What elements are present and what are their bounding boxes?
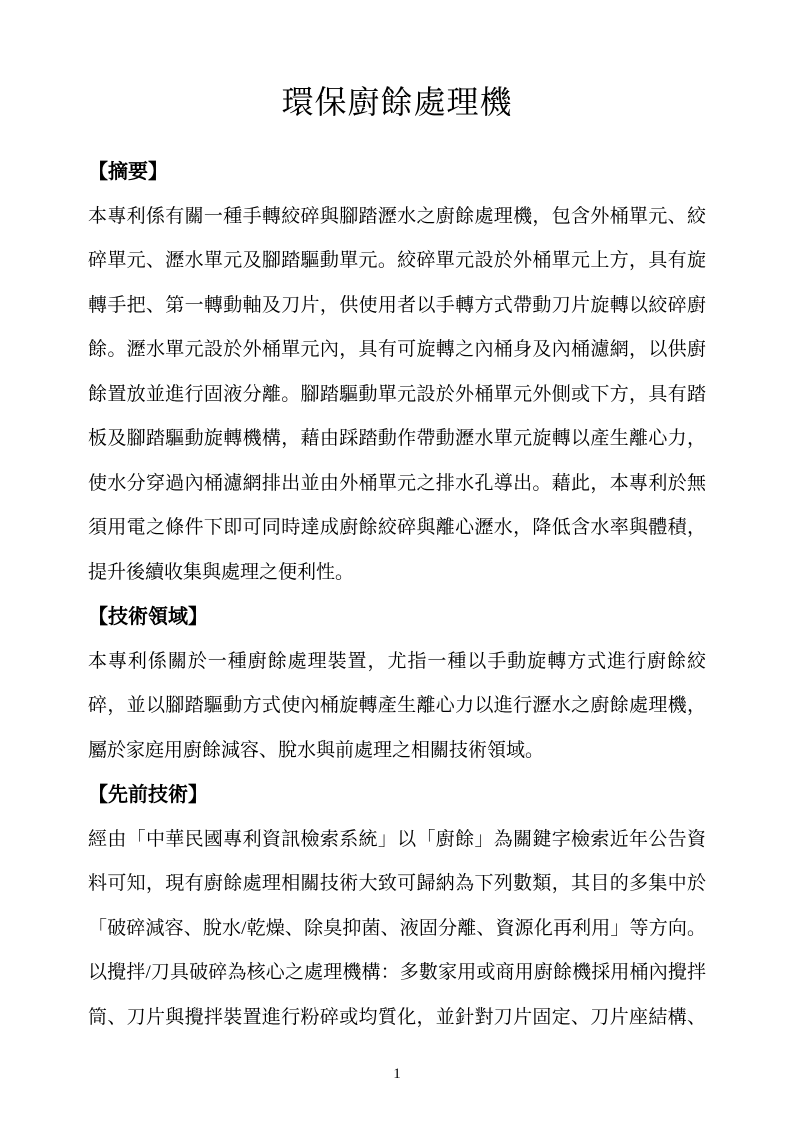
text-line: 餘置放並進行固液分離。腳踏驅動單元設於外桶單元外側或下方，具有踏 (88, 373, 706, 418)
section-heading-technical-field: 【技術領域】 (88, 595, 706, 640)
text-line: 本專利係關於一種廚餘處理裝置，尤指一種以手動旋轉方式進行廚餘絞 (88, 640, 706, 685)
text-line: 筒、刀片與攪拌裝置進行粉碎或均質化，並針對刀片固定、刀片座結構、 (88, 996, 706, 1041)
text-line: 提升後續收集與處理之便利性。 (88, 551, 706, 596)
section-heading-prior-art: 【先前技術】 (88, 773, 706, 818)
text-line: 碎單元、瀝水單元及腳踏驅動單元。絞碎單元設於外桶單元上方，具有旋 (88, 239, 706, 284)
document-body: 【摘要】 本專利係有關一種手轉絞碎與腳踏瀝水之廚餘處理機，包含外桶單元、絞 碎單… (88, 150, 706, 1040)
text-line: 屬於家庭用廚餘減容、脫水與前處理之相關技術領域。 (88, 729, 706, 774)
text-line: 「破碎減容、脫水/乾燥、除臭抑菌、液固分離、資源化再利用」等方向。 (88, 907, 706, 952)
document-page: 環保廚餘處理機 【摘要】 本專利係有關一種手轉絞碎與腳踏瀝水之廚餘處理機，包含外… (0, 0, 794, 1123)
section-heading-abstract: 【摘要】 (88, 150, 706, 195)
text-line: 餘。瀝水單元設於外桶單元內，具有可旋轉之內桶身及內桶濾網，以供廚 (88, 328, 706, 373)
text-line: 經由「中華民國專利資訊檢索系統」以「廚餘」為關鍵字檢索近年公告資 (88, 818, 706, 863)
text-line: 板及腳踏驅動旋轉機構，藉由踩踏動作帶動瀝水單元旋轉以產生離心力， (88, 417, 706, 462)
text-line: 使水分穿過內桶濾網排出並由外桶單元之排水孔導出。藉此，本專利於無 (88, 462, 706, 507)
text-line: 轉手把、第一轉動軸及刀片，供使用者以手轉方式帶動刀片旋轉以絞碎廚 (88, 284, 706, 329)
section-abstract: 【摘要】 本專利係有關一種手轉絞碎與腳踏瀝水之廚餘處理機，包含外桶單元、絞 碎單… (88, 150, 706, 595)
section-prior-art: 【先前技術】 經由「中華民國專利資訊檢索系統」以「廚餘」為關鍵字檢索近年公告資 … (88, 773, 706, 1040)
text-line: 以攪拌/刀具破碎為核心之處理機構：多數家用或商用廚餘機採用桶內攪拌 (88, 951, 706, 996)
page-number: 1 (0, 1064, 794, 1084)
text-line: 料可知，現有廚餘處理相關技術大致可歸納為下列數類，其目的多集中於 (88, 862, 706, 907)
text-line: 碎，並以腳踏驅動方式使內桶旋轉產生離心力以進行瀝水之廚餘處理機， (88, 684, 706, 729)
text-line: 須用電之條件下即可同時達成廚餘絞碎與離心瀝水，降低含水率與體積， (88, 506, 706, 551)
document-title: 環保廚餘處理機 (0, 80, 794, 124)
text-line: 本專利係有關一種手轉絞碎與腳踏瀝水之廚餘處理機，包含外桶單元、絞 (88, 195, 706, 240)
section-technical-field: 【技術領域】 本專利係關於一種廚餘處理裝置，尤指一種以手動旋轉方式進行廚餘絞 碎… (88, 595, 706, 773)
